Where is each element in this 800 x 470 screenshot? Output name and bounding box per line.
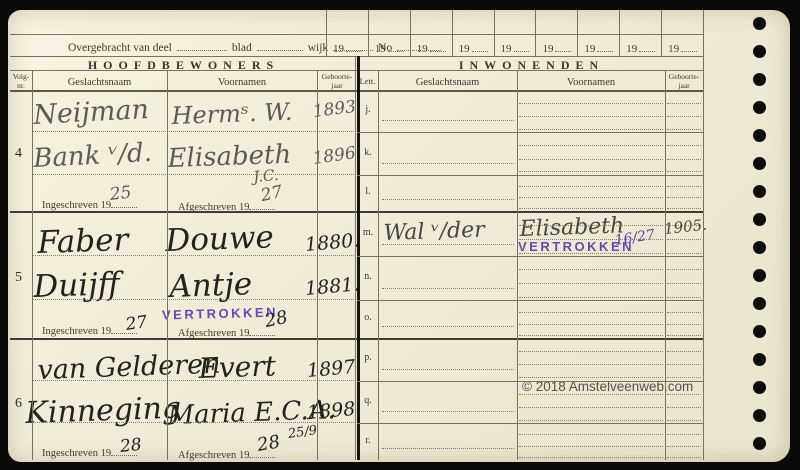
dotted-writing-line <box>519 324 663 325</box>
dotted-writing-line <box>382 288 514 289</box>
dotted-blank <box>639 41 655 52</box>
binder-hole <box>753 157 766 170</box>
letter-label: l. <box>360 186 376 197</box>
grid-line <box>317 70 318 460</box>
dotted-writing-line <box>519 129 663 130</box>
dotted-writing-line <box>519 225 663 226</box>
year-prefix: 19 <box>375 43 386 55</box>
dotted-writing-line <box>667 457 701 458</box>
grid-line <box>326 10 327 56</box>
dotted-blank <box>111 445 137 456</box>
dotted-writing-line <box>667 394 701 395</box>
grid-line <box>357 132 703 133</box>
year-prefix: 19 <box>101 200 112 211</box>
dotted-writing-line <box>33 422 356 423</box>
dotted-writing-line <box>667 116 701 117</box>
grid-line <box>535 10 536 56</box>
year-prefix: 19 <box>333 43 344 55</box>
dotted-blank <box>249 199 275 210</box>
hw-birthyear: 1881. <box>304 275 360 299</box>
hw-birthyear: 1897. <box>306 357 362 381</box>
dotted-writing-line <box>667 283 701 284</box>
binder-hole <box>753 381 766 394</box>
dotted-writing-line <box>519 394 663 395</box>
dotted-writing-line <box>519 239 663 240</box>
year-prefix: 19 <box>417 43 428 55</box>
dotted-writing-line <box>382 244 514 245</box>
year-cell: 19 <box>375 41 410 55</box>
dotted-writing-line <box>667 208 701 209</box>
dotted-writing-line <box>33 380 356 381</box>
dotted-writing-line <box>667 364 701 365</box>
binder-hole <box>753 101 766 114</box>
dotted-writing-line <box>667 239 701 240</box>
year-prefix: 19 <box>101 326 112 337</box>
dotted-writing-line <box>519 364 663 365</box>
dotted-blank <box>388 41 404 52</box>
hw-surname: Duijff <box>33 269 120 303</box>
dotted-blank <box>472 41 488 52</box>
dotted-writing-line <box>667 171 701 172</box>
binder-hole <box>753 185 766 198</box>
grid-line <box>357 381 703 382</box>
hw-surname: Bank ᵛ/d. <box>33 140 153 172</box>
col-header-geslachtsnaam-left: Geslachtsnaam <box>32 77 167 89</box>
year-cell: 19 <box>417 41 452 55</box>
dotted-writing-line <box>667 420 701 421</box>
dotted-writing-line <box>519 253 663 254</box>
dotted-writing-line <box>382 163 514 164</box>
dotted-writing-line <box>33 255 356 256</box>
col-header-voornamen-right: Voornamen <box>517 77 665 89</box>
ingeschreven-label: Ingeschreven 19 <box>42 445 143 459</box>
letter-label: j. <box>360 104 376 115</box>
grid-line <box>167 70 168 460</box>
binder-hole <box>753 213 766 226</box>
col-header-geslachtsnaam-right: Geslachtsnaam <box>378 77 517 89</box>
volgnr-6: 6 <box>15 396 22 412</box>
dotted-writing-line <box>667 434 701 435</box>
binder-hole <box>753 297 766 310</box>
dotted-writing-line <box>519 407 663 408</box>
vertrokken-stamp: VERTROKKEN <box>162 304 278 322</box>
dotted-writing-line <box>667 446 701 447</box>
grid-line <box>410 10 411 56</box>
year-cell: 19 <box>542 41 577 55</box>
dotted-writing-line <box>667 103 701 104</box>
grid-line <box>355 56 356 460</box>
year-prefix: 19 <box>101 448 112 459</box>
volgnr-4: 4 <box>15 146 22 162</box>
volgnr-5: 5 <box>15 270 22 286</box>
binder-hole <box>753 45 766 58</box>
binder-hole <box>753 437 766 450</box>
binder-hole <box>753 17 766 30</box>
year-prefix: 19 <box>459 43 470 55</box>
grid-line <box>32 70 33 460</box>
hw-surname: Faber <box>37 225 129 259</box>
hw-firstnames: Douwe <box>165 222 274 257</box>
letter-label: q. <box>360 395 376 406</box>
dotted-writing-line <box>382 448 514 449</box>
dotted-writing-line <box>519 312 663 313</box>
dotted-writing-line <box>519 159 663 160</box>
dotted-writing-line <box>667 186 701 187</box>
dotted-writing-line <box>33 131 356 132</box>
grid-line <box>357 175 703 176</box>
dotted-writing-line <box>667 129 701 130</box>
grid-line <box>378 70 379 460</box>
grid-line <box>661 10 662 56</box>
dotted-blank <box>111 323 137 334</box>
year-prefix: 19 <box>626 43 637 55</box>
dotted-blank <box>249 447 275 458</box>
dotted-writing-line <box>382 411 514 412</box>
grid-line <box>517 70 518 460</box>
dotted-writing-line <box>667 253 701 254</box>
grid-line <box>368 10 369 56</box>
letter-label: o. <box>360 312 376 323</box>
afgeschreven-label: Afgeschreven 19 <box>178 325 281 339</box>
year-prefix: 19 <box>584 43 595 55</box>
col-header-geboortejaar-left: Geboorte-jaar <box>317 73 357 90</box>
year-cell: 19 <box>668 41 703 55</box>
dotted-writing-line <box>667 145 701 146</box>
dotted-writing-line <box>519 457 663 458</box>
dotted-writing-line <box>33 174 356 175</box>
letter-label: p. <box>360 352 376 363</box>
dotted-writing-line <box>667 351 701 352</box>
hw-afgeschreven-note: 25/9 <box>287 424 318 441</box>
dotted-writing-line <box>667 335 701 336</box>
binder-hole <box>753 241 766 254</box>
dotted-writing-line <box>519 335 663 336</box>
dotted-blank <box>681 41 697 52</box>
dotted-writing-line <box>519 103 663 104</box>
year-cell: 19 <box>584 41 619 55</box>
hw-firstnames: Elisabeth <box>519 215 624 241</box>
dotted-writing-line <box>519 197 663 198</box>
hw-birthyear: 1880. <box>304 231 360 255</box>
label-text: Ingeschreven <box>42 326 98 337</box>
year-prefix: 19 <box>239 450 250 461</box>
dotted-writing-line <box>667 407 701 408</box>
dotted-writing-line <box>382 120 514 121</box>
dotted-writing-line <box>667 269 701 270</box>
grid-line <box>357 300 703 301</box>
ingeschreven-label: Ingeschreven 19 <box>42 323 143 337</box>
dotted-writing-line <box>519 351 663 352</box>
dotted-writing-line <box>667 377 701 378</box>
hw-firstnames: Hermˢ. W. <box>171 100 293 128</box>
col-header-lett: Lett. <box>357 77 378 87</box>
dotted-writing-line <box>519 208 663 209</box>
dotted-writing-line <box>667 312 701 313</box>
dotted-writing-line <box>519 145 663 146</box>
dotted-writing-line <box>382 369 514 370</box>
col-header-volgnr: Volg-nr. <box>10 73 32 90</box>
dotted-blank <box>249 325 275 336</box>
hw-surname: Neijman <box>33 96 150 129</box>
dotted-writing-line <box>519 446 663 447</box>
dotted-writing-line <box>519 116 663 117</box>
dotted-blank <box>597 41 613 52</box>
grid-line <box>577 10 578 56</box>
dotted-writing-line <box>519 434 663 435</box>
dotted-blank <box>346 41 362 52</box>
year-cell: 19 <box>333 41 368 55</box>
dotted-writing-line <box>519 297 663 298</box>
binder-hole <box>753 353 766 366</box>
dotted-writing-line <box>519 186 663 187</box>
letter-label: k. <box>360 147 376 158</box>
dotted-blank <box>430 41 446 52</box>
year-prefix: 19 <box>542 43 553 55</box>
dotted-writing-line <box>382 326 514 327</box>
dotted-writing-line <box>667 197 701 198</box>
dotted-writing-line <box>667 324 701 325</box>
grid-line <box>619 10 620 56</box>
binder-hole <box>753 269 766 282</box>
grid-line <box>703 10 704 460</box>
dotted-writing-line <box>519 377 663 378</box>
dotted-writing-line <box>382 199 514 200</box>
dotted-writing-line <box>519 283 663 284</box>
transfer-label-blad: blad <box>232 42 252 54</box>
transfer-label-deel: Overgebracht van deel <box>68 42 172 54</box>
dotted-blank <box>555 41 571 52</box>
letter-label: n. <box>360 271 376 282</box>
label-text: Ingeschreven <box>42 448 98 459</box>
dotted-writing-line <box>667 225 701 226</box>
binder-hole <box>753 129 766 142</box>
dotted-writing-line <box>33 299 356 300</box>
hw-birthyear: 1905. <box>663 218 707 237</box>
year-prefix: 19 <box>668 43 679 55</box>
binder-hole <box>753 325 766 338</box>
dotted-blank <box>111 197 137 208</box>
ingeschreven-label: Ingeschreven 19 <box>42 197 143 211</box>
letter-label: r. <box>360 435 376 446</box>
dotted-blank <box>257 40 303 51</box>
grid-line <box>357 423 703 424</box>
year-cell: 19 <box>626 41 661 55</box>
hw-firstnames: Antje <box>169 269 253 303</box>
hw-birthyear: 1898. <box>306 399 362 423</box>
binder-hole <box>753 73 766 86</box>
grid-line <box>665 70 666 460</box>
dotted-writing-line <box>519 420 663 421</box>
year-cell: 19 <box>501 41 536 55</box>
dotted-blank <box>177 40 227 51</box>
dotted-writing-line <box>667 159 701 160</box>
dotted-blank <box>514 41 530 52</box>
grid-line <box>452 10 453 56</box>
col-header-geboortejaar-right: Geboorte-jaar <box>665 73 703 90</box>
grid-line <box>357 256 703 257</box>
hw-firstnames: Evert <box>198 352 276 383</box>
year-cell: 19 <box>459 41 494 55</box>
binder-hole <box>753 409 766 422</box>
dotted-writing-line <box>519 171 663 172</box>
grid-line <box>494 10 495 56</box>
afgeschreven-label: Afgeschreven 19 <box>178 447 281 461</box>
year-prefix: 19 <box>501 43 512 55</box>
grid-line <box>10 34 703 35</box>
label-text: Ingeschreven <box>42 200 98 211</box>
dotted-writing-line <box>519 269 663 270</box>
hw-surname: Kinneging <box>25 394 182 429</box>
letter-label: m. <box>360 227 376 238</box>
dotted-writing-line <box>667 297 701 298</box>
scanned-register-card-photo: Overgebracht van deelbladwijkNo HOOFDBEW… <box>0 0 800 470</box>
hw-surname: Wal ᵛ/der <box>383 219 485 245</box>
label-text: Afgeschreven <box>178 450 236 461</box>
col-header-voornamen-left: Voornamen <box>167 77 317 89</box>
